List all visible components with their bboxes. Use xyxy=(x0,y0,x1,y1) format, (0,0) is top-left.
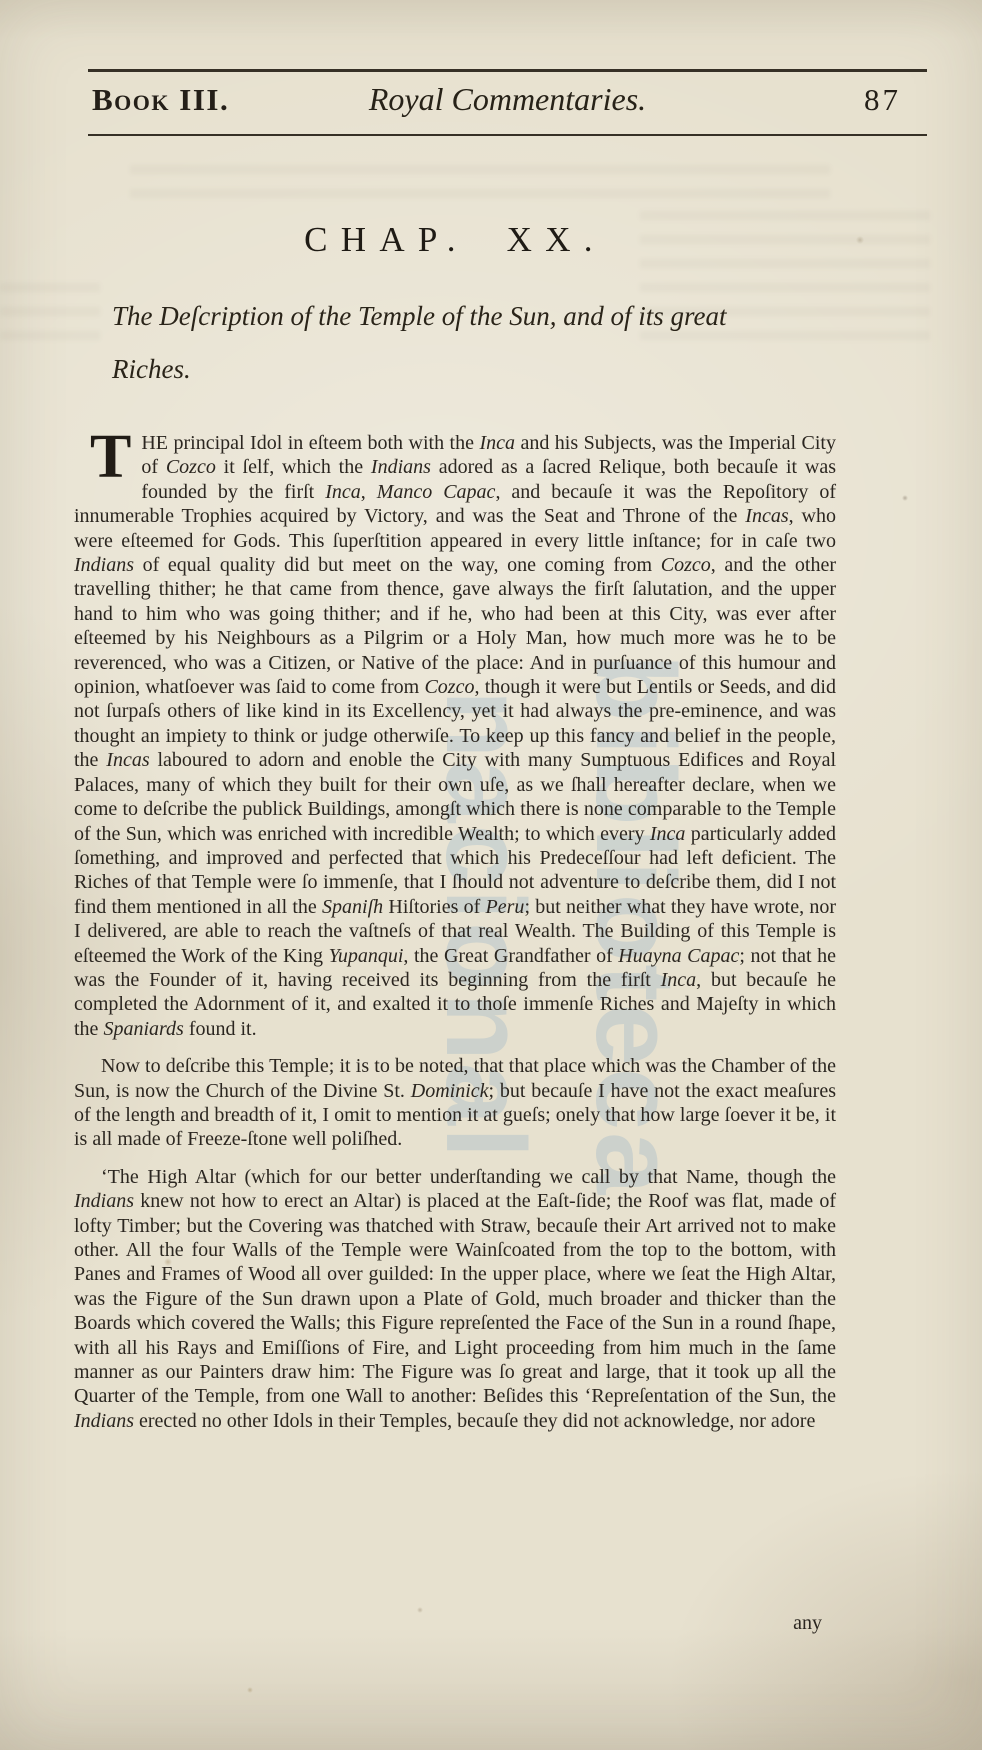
book-page-scan: Book III. Royal Commentaries. 87 CHAP. X… xyxy=(0,0,982,1750)
paragraph: ‘The High Altar (which for our better un… xyxy=(74,1165,836,1433)
header-rule-top xyxy=(88,69,927,72)
drop-cap-initial: T xyxy=(74,431,141,482)
paragraph: Now to deſcribe this Temple; it is to be… xyxy=(74,1054,836,1152)
book-label: Book III. xyxy=(92,82,229,118)
running-title: Royal Commentaries. xyxy=(369,81,646,118)
chapter-subtitle-line: The Deſcription of the Temple of the Sun… xyxy=(112,290,904,343)
chapter-subtitle-line: Riches. xyxy=(112,343,904,396)
running-header: Book III. Royal Commentaries. 87 xyxy=(88,78,927,128)
catchword: any xyxy=(74,1612,822,1635)
header-rule-bottom xyxy=(88,134,927,136)
show-through-ghost xyxy=(0,280,100,340)
chapter-heading: CHAP. XX. xyxy=(74,220,836,260)
page-number: 87 xyxy=(864,82,901,118)
paragraph: THE principal Idol in eſteem both with t… xyxy=(74,431,836,1041)
chapter-subtitle: The Deſcription of the Temple of the Sun… xyxy=(112,290,904,396)
body-text-block: THE principal Idol in eſteem both with t… xyxy=(74,431,836,1433)
show-through-ghost xyxy=(130,150,830,198)
paragraph-text: ‘The High Altar (which for our better un… xyxy=(74,1166,836,1432)
paragraph-text: HE principal Idol in eſteem both with th… xyxy=(74,432,836,1040)
paragraph-text: Now to deſcribe this Temple; it is to be… xyxy=(74,1055,836,1150)
